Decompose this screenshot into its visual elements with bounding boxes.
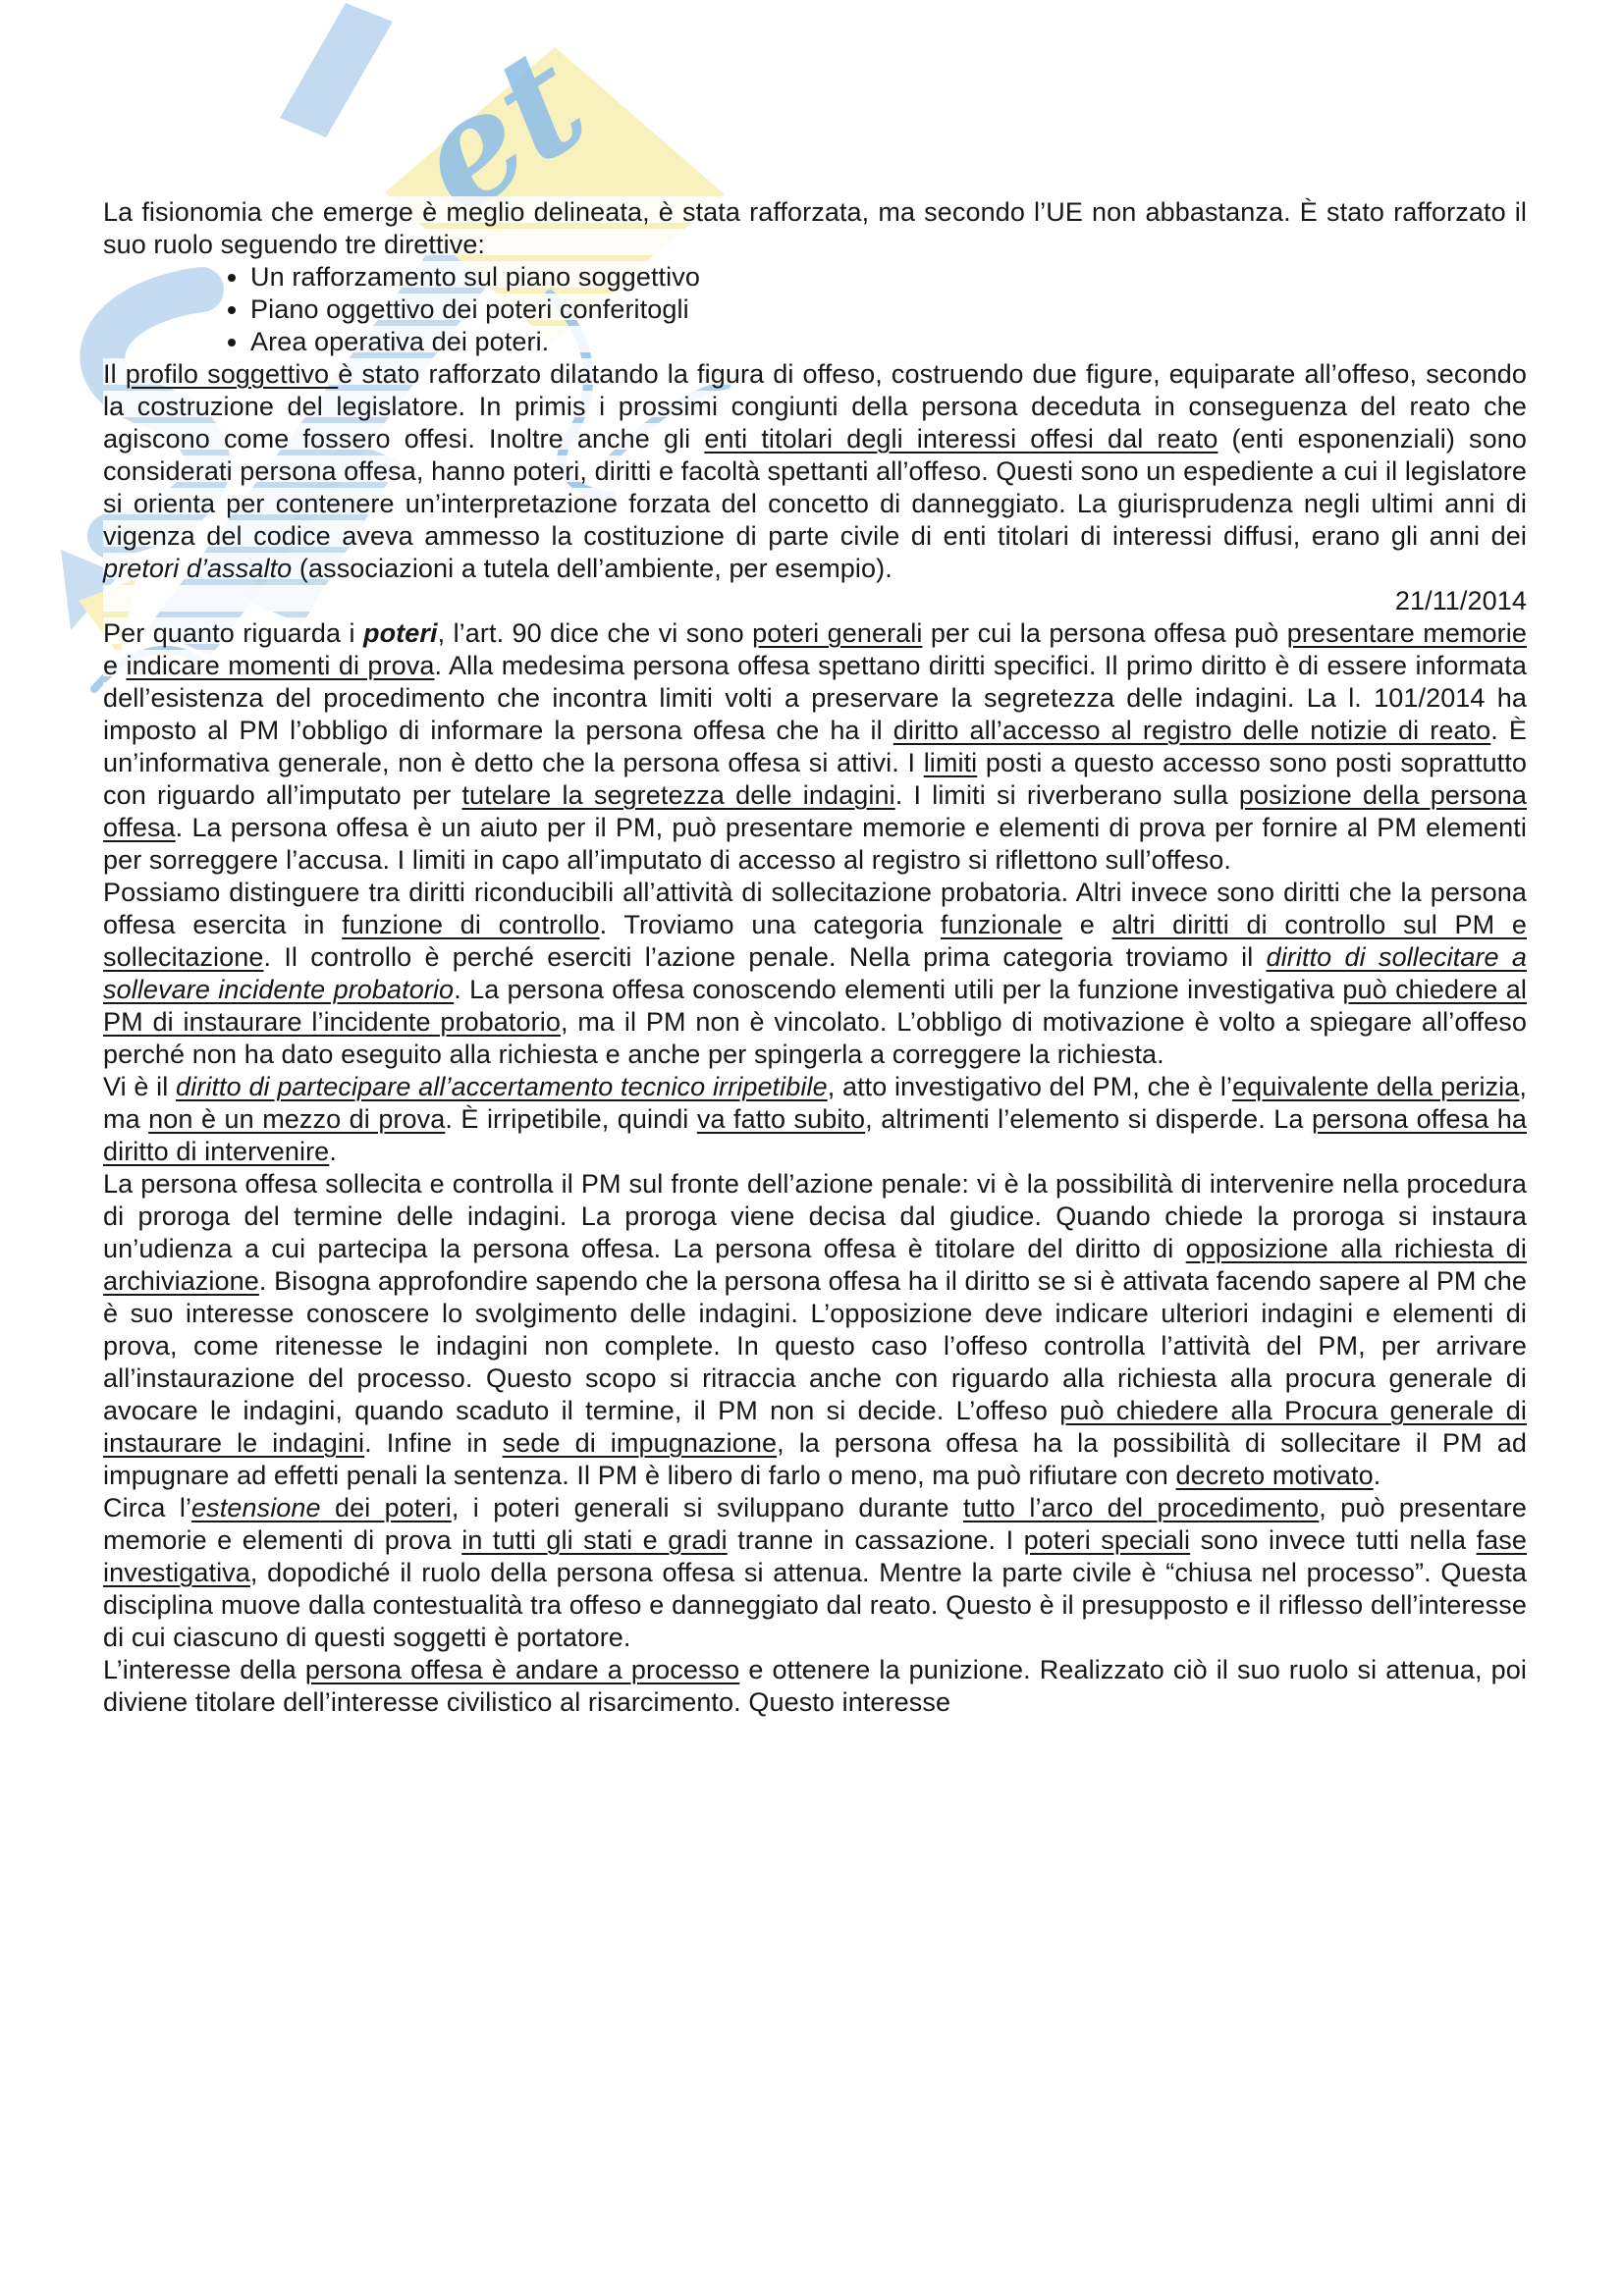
text-segment: . Troviamo una categoria — [600, 910, 941, 939]
text-segment: tutto l’arco del procedimento — [963, 1493, 1319, 1522]
text-segment: Il — [103, 359, 126, 389]
text-segment: La fisionomia che emerge è meglio deline… — [103, 197, 1527, 259]
text-segment: . Il controllo è perché eserciti l’azion… — [264, 942, 1267, 972]
text-segment: L’interesse della — [103, 1655, 305, 1684]
text-segment: . La persona offesa conoscendo elementi … — [454, 975, 1342, 1004]
text-segment: funzionale — [941, 910, 1062, 939]
text-segment: persona offesa è andare a processo — [305, 1655, 739, 1684]
watermark-band — [280, 3, 393, 137]
paragraph: Vi è il diritto di partecipare all’accer… — [103, 1071, 1527, 1168]
text-segment: estensione — [191, 1493, 321, 1522]
paragraph: Possiamo distinguere tra diritti ricondu… — [103, 877, 1527, 1071]
bullet-list: Un rafforzamento sul piano soggettivoPia… — [103, 261, 1527, 358]
text-segment: non è un mezzo di prova — [148, 1104, 445, 1134]
paragraph: Circa l’estensione dei poteri, i poteri … — [103, 1492, 1527, 1654]
document-content: La fisionomia che emerge è meglio deline… — [103, 196, 1527, 1719]
text-segment: per cui la persona offesa può — [923, 618, 1287, 648]
text-segment: profilo soggettivo — [126, 359, 338, 389]
bullet-item: Area operativa dei poteri. — [250, 326, 1527, 358]
text-segment: Area operativa dei poteri. — [250, 327, 549, 356]
text-segment: tranne in cassazione. I — [728, 1525, 1024, 1555]
text-segment: poteri generali — [752, 618, 922, 648]
text-segment: enti titolari degli interessi offesi dal… — [704, 424, 1217, 454]
text-segment: funzione di controllo — [342, 910, 599, 939]
bullet-item: Piano oggettivo dei poteri conferitogli — [250, 294, 1527, 326]
text-segment: . — [1374, 1461, 1381, 1490]
text-segment: diritto di partecipare all’accertamento … — [176, 1072, 828, 1101]
text-segment: 21/11/2014 — [1395, 586, 1527, 615]
text-segment: va fatto subito — [697, 1104, 865, 1134]
date-line: 21/11/2014 — [103, 585, 1527, 617]
paragraph: Il profilo soggettivo è stato rafforzato… — [103, 358, 1527, 585]
text-segment: Un rafforzamento sul piano soggettivo — [250, 262, 700, 292]
text-segment: , dopodiché il ruolo della persona offes… — [103, 1558, 1527, 1652]
text-segment: , l’art. 90 dice che vi sono — [438, 618, 753, 648]
text-segment: diritto all’accesso al registro delle no… — [893, 716, 1491, 745]
paragraph: La persona offesa sollecita e controlla … — [103, 1168, 1527, 1492]
text-segment: pretori d’assalto — [103, 554, 292, 583]
text-segment: (associazioni a tutela dell’ambiente, pe… — [292, 554, 893, 583]
text-segment: , i poteri generali si sviluppano durant… — [452, 1493, 963, 1522]
text-segment: dei poteri — [321, 1493, 452, 1522]
text-segment: . I limiti si riverberano sulla — [895, 780, 1239, 810]
text-segment: in tutti gli stati e gradi — [461, 1525, 728, 1555]
text-segment: . Infine in — [364, 1428, 502, 1458]
document-page: et La fisionomia che emerge è meglio del… — [0, 0, 1623, 2296]
text-segment: limiti — [924, 748, 978, 777]
text-segment: presentare memorie — [1287, 618, 1527, 648]
text-segment: . La persona offesa è un aiuto per il PM… — [103, 813, 1527, 875]
paragraph: La fisionomia che emerge è meglio deline… — [103, 196, 1527, 261]
text-segment: Piano oggettivo dei poteri conferitogli — [250, 294, 689, 324]
text-segment: decreto motivato — [1176, 1461, 1374, 1490]
text-segment: sono invece tutti nella — [1190, 1525, 1476, 1555]
bullet-item: Un rafforzamento sul piano soggettivo — [250, 261, 1527, 294]
text-segment: . È irripetibile, quindi — [445, 1104, 697, 1134]
text-segment: e — [103, 651, 127, 680]
text-segment: poteri speciali — [1024, 1525, 1190, 1555]
text-segment: e — [1062, 910, 1111, 939]
text-segment: , atto investigativo del PM, che è l’ — [828, 1072, 1232, 1101]
paragraph: Per quanto riguarda i poteri, l’art. 90 … — [103, 617, 1527, 877]
text-segment: equivalente della perizia — [1232, 1072, 1519, 1101]
text-segment: indicare momenti di prova — [127, 651, 435, 680]
text-segment: tutelare la segretezza delle indagini — [461, 780, 894, 810]
text-segment: Vi è il — [103, 1072, 176, 1101]
text-segment: Per quanto riguarda i — [103, 618, 363, 648]
text-segment: . — [329, 1137, 337, 1166]
text-segment: , altrimenti l’elemento si disperde. La — [865, 1104, 1312, 1134]
paragraph: L’interesse della persona offesa è andar… — [103, 1654, 1527, 1719]
text-segment: sede di impugnazione — [503, 1428, 777, 1458]
text-segment: Circa l’ — [103, 1493, 191, 1522]
text-segment: poteri — [363, 618, 438, 648]
